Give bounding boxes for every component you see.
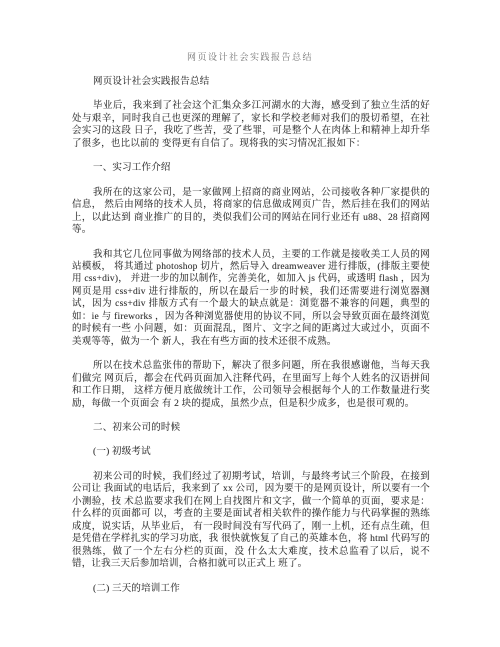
document-content: 网页设计社会实践报告总结 毕业后，我来到了社会这个汇集众多江河湖水的大海，感受到… [72, 76, 430, 607]
paragraph-work: 我和其它几位同事做为网络部的技术人员，主要的工作就是接收美工人员的网站模板， 将… [72, 249, 430, 349]
running-header: 网页设计社会实践报告总结 [0, 50, 500, 63]
subsection-heading-1: (一) 初级考试 [72, 446, 430, 458]
document-page: 网页设计社会实践报告总结 网页设计社会实践报告总结 毕业后，我来到了社会这个汇集… [0, 0, 500, 647]
paragraph-mentor: 所以在技术总监张伟的帮助下，解决了很多问题，所在我很感谢他，当每天我们做完 网页… [72, 360, 430, 410]
paragraph-company: 我所在的这家公司，是一家做网上招商的商业网站，公司接收各种厂家提供的信息， 然后… [72, 187, 430, 237]
paragraph-intro: 毕业后，我来到了社会这个汇集众多江河湖水的大海，感受到了独立生活的好处与艰辛，同… [72, 100, 430, 150]
section-heading-1: 一、实习工作介绍 [72, 162, 430, 174]
paragraph-exam: 初来公司的时候，我们经过了初期考试，培训，与最终考试三个阶段，在接到公司让 我面… [72, 471, 430, 571]
document-title: 网页设计社会实践报告总结 [72, 76, 430, 88]
section-heading-2: 二、初来公司的时候 [72, 422, 430, 434]
subsection-heading-2: (二) 三天的培训工作 [72, 583, 430, 595]
